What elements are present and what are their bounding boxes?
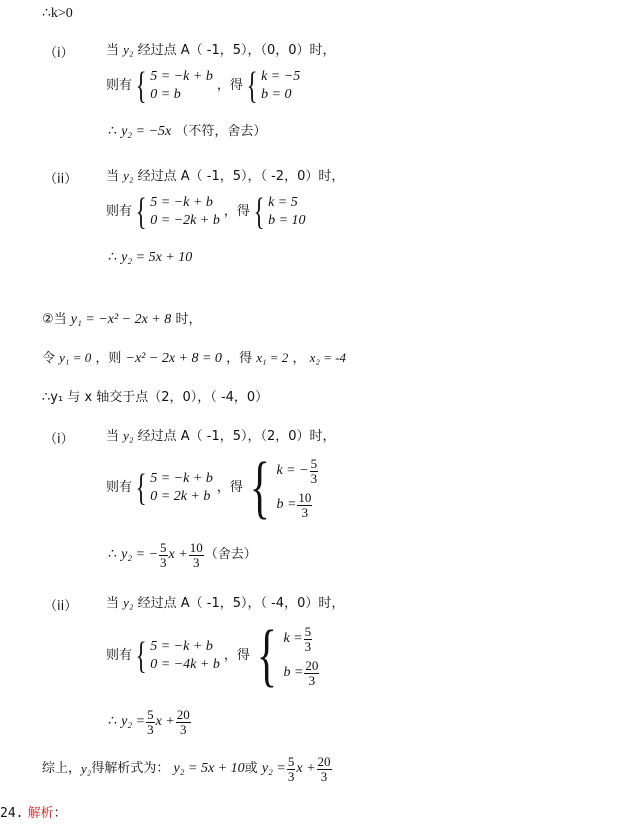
solution-brace: { k = −5 b = 0 (243, 67, 300, 105)
equation-system: 则有 { 5 = −k + b 0 = b ，得 { k = −5 b = 0 (106, 66, 300, 106)
intersection-line: ∴y₁ 与 x 轴交于点（2，0），（ -4，0） (42, 390, 268, 406)
conclusion-k-positive: ∴k>0 (42, 6, 73, 22)
equation-system: 则有 { 5 = −k + b 0 = 2k + b ，得 { k = −53 … (106, 452, 319, 524)
case-result: ∴ y₂ = − 53 x + 103 （舍去） (108, 538, 257, 572)
case-label: （ii） (44, 595, 77, 614)
let-y1-zero-line: 令 y₁ = 0 ，则 −x² − 2x + 8 = 0 ，得 x₁ = 2 ，… (42, 350, 346, 367)
question-number: 24. (0, 806, 23, 821)
case-result: ∴ y₂ = −5x （不符，舍去） (108, 124, 266, 140)
case-label: （i） (44, 428, 74, 447)
case-label: （i） (44, 42, 74, 61)
equation-system: 则有 { 5 = −k + b 0 = −2k + b ，得 { k = 5 b… (106, 192, 306, 232)
summary-line: 综上， y₂ 得解析式为： y₂ = 5x + 10 或 y₂ = 53 x +… (42, 752, 333, 786)
system-brace: { 5 = −k + b 0 = b (132, 67, 213, 105)
part2-header: ②当 y₁ = −x² − 2x + 8 时， (42, 312, 201, 328)
case-condition: 当 y₂ 经过点 A（ -1，5），（ -2，0）时， (106, 168, 344, 185)
case-condition: 当 y₂ 经过点 A（ -1，5），（2，0）时， (106, 428, 336, 445)
equation-system: 则有 { 5 = −k + b 0 = −4k + b ，得 { k =53 b… (106, 620, 320, 692)
case-condition: 当 y₂ 经过点 A（ -1，5），（0，0）时， (106, 42, 336, 59)
question-24-header: 24. 解析： (0, 806, 67, 822)
case-condition: 当 y₂ 经过点 A（ -1，5），（ -4，0）时， (106, 595, 344, 612)
case-label: （ii） (44, 168, 77, 187)
analysis-label: 解析 (28, 806, 54, 821)
case-result: ∴ y₂ = 5x + 10 (108, 250, 192, 266)
case-result: ∴ y₂ = 53 x + 203 (108, 705, 192, 739)
